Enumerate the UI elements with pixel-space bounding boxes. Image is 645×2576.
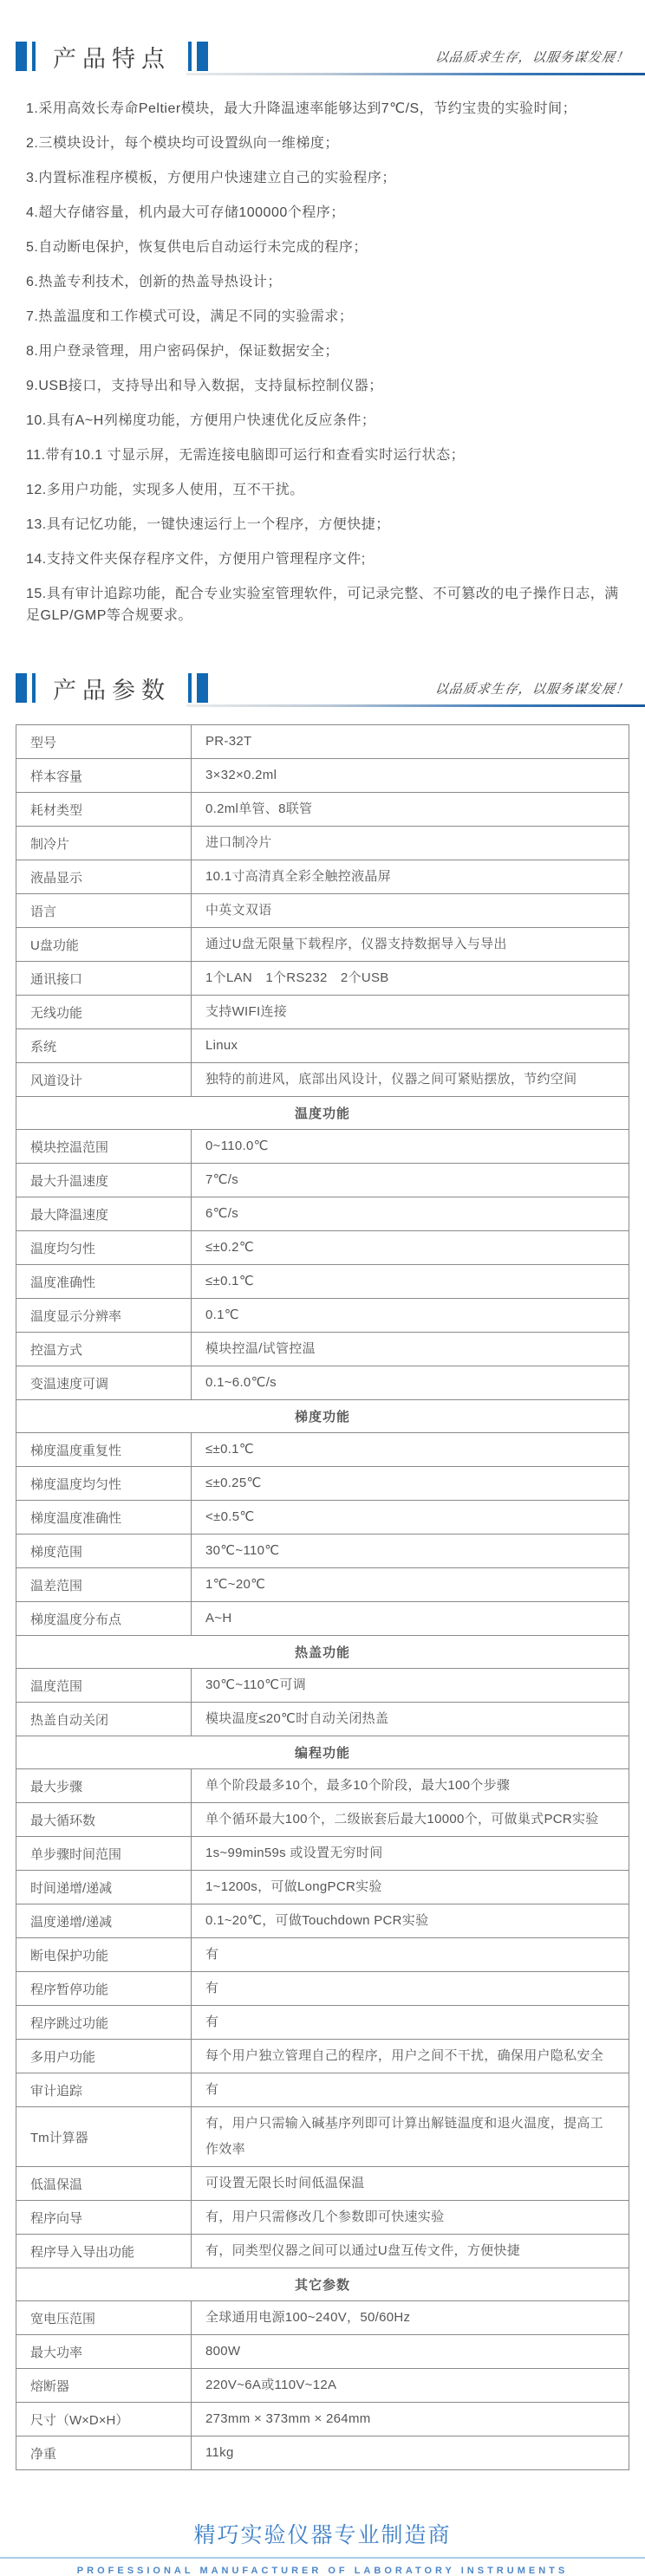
param-row: 语言中英文双语 xyxy=(16,894,629,928)
params-section-title: 产品参数 xyxy=(53,672,171,705)
header-accent-bar-thin-right xyxy=(188,673,192,703)
param-value: 支持WIFI连接 xyxy=(192,996,629,1029)
param-label: 温度范围 xyxy=(16,1669,192,1703)
param-value: PR-32T xyxy=(192,725,629,759)
param-value: 1s~99min59s 或设置无穷时间 xyxy=(192,1837,629,1871)
param-label: 熔断器 xyxy=(16,2369,192,2403)
param-row: 控温方式模块控温/试管控温 xyxy=(16,1333,629,1366)
param-label: 样本容量 xyxy=(16,759,192,793)
param-value: 可设置无限长时间低温保温 xyxy=(192,2167,629,2201)
feature-list: 1.采用高效长寿命Peltier模块，最大升降温速率能够达到7℃/S，节约宝贵的… xyxy=(0,74,645,648)
param-label: 耗材类型 xyxy=(16,793,192,827)
param-row: 最大升温速度7℃/s xyxy=(16,1164,629,1197)
header-accent-bar-thick-left xyxy=(16,673,27,703)
param-label: 程序导入导出功能 xyxy=(16,2235,192,2268)
param-row: 梯度温度分布点A~H xyxy=(16,1602,629,1636)
params-table-body: 型号PR-32T样本容量3×32×0.2ml耗材类型0.2ml单管、8联管制冷片… xyxy=(16,725,629,2470)
param-label: 多用户功能 xyxy=(16,2040,192,2073)
param-row: 型号PR-32T xyxy=(16,725,629,759)
param-value: 有 xyxy=(192,1972,629,2006)
feature-item: 6.热盖专利技术，创新的热盖导热设计； xyxy=(26,271,621,293)
param-row: 温度显示分辨率0.1℃ xyxy=(16,1299,629,1333)
param-value: 单个阶段最多10个，最多10个阶段，最大100个步骤 xyxy=(192,1769,629,1803)
param-row: 最大功率800W xyxy=(16,2335,629,2369)
param-value: ≤±0.1℃ xyxy=(192,1265,629,1299)
features-section-title: 产品特点 xyxy=(53,40,171,74)
param-row: 梯度温度准确性<±0.5℃ xyxy=(16,1501,629,1535)
param-row: 模块控温范围0~110.0℃ xyxy=(16,1130,629,1164)
param-section-title: 梯度功能 xyxy=(16,1400,629,1433)
param-label: Tm计算器 xyxy=(16,2107,192,2167)
param-label: 梯度温度准确性 xyxy=(16,1501,192,1535)
param-label: 时间递增/递减 xyxy=(16,1871,192,1904)
param-label: 温度准确性 xyxy=(16,1265,192,1299)
header-accent-bar-thin-right xyxy=(188,42,192,71)
param-label: 最大功率 xyxy=(16,2335,192,2369)
param-label: 风道设计 xyxy=(16,1063,192,1097)
param-value: 0.2ml单管、8联管 xyxy=(192,793,629,827)
param-section-row: 编程功能 xyxy=(16,1736,629,1769)
param-label: 程序向导 xyxy=(16,2201,192,2235)
param-row: 系统Linux xyxy=(16,1029,629,1063)
feature-item: 10.具有A~H列梯度功能，方便用户快速优化反应条件； xyxy=(26,410,621,431)
param-value: 1~1200s，可做LongPCR实验 xyxy=(192,1871,629,1904)
param-value: 7℃/s xyxy=(192,1164,629,1197)
param-row: 梯度温度重复性≤±0.1℃ xyxy=(16,1433,629,1467)
param-label: 温差范围 xyxy=(16,1568,192,1602)
product-page: { "slogan": "以品质求生存，以服务谋发展！", "colors": … xyxy=(0,39,645,2576)
param-row: 梯度温度均匀性≤±0.25℃ xyxy=(16,1467,629,1501)
param-row: 液晶显示10.1寸高清真全彩全触控液晶屏 xyxy=(16,860,629,894)
param-value: 6℃/s xyxy=(192,1197,629,1231)
param-label: 最大步骤 xyxy=(16,1769,192,1803)
param-value: 有 xyxy=(192,2073,629,2107)
footer-manufacturer-cn: 精巧实验仪器专业制造商 xyxy=(0,2518,645,2549)
param-value: 0.1℃ xyxy=(192,1299,629,1333)
param-label: 梯度温度分布点 xyxy=(16,1602,192,1636)
feature-item: 15.具有审计追踪功能，配合专业实验室管理软件，可记录完整、不可篡改的电子操作日… xyxy=(26,583,621,626)
param-row: 最大步骤单个阶段最多10个，最多10个阶段，最大100个步骤 xyxy=(16,1769,629,1803)
features-section-header: 产品特点 以品质求生存，以服务谋发展！ xyxy=(0,39,645,74)
param-value: 通过U盘无限量下载程序，仪器支持数据导入与导出 xyxy=(192,928,629,962)
param-row: 变温速度可调0.1~6.0℃/s xyxy=(16,1366,629,1400)
param-row: 宽电压范围全球通用电源100~240V，50/60Hz xyxy=(16,2301,629,2335)
params-table: 型号PR-32T样本容量3×32×0.2ml耗材类型0.2ml单管、8联管制冷片… xyxy=(16,724,629,2470)
param-value: 0~110.0℃ xyxy=(192,1130,629,1164)
param-row: 温差范围1℃~20℃ xyxy=(16,1568,629,1602)
param-value: 独特的前进风，底部出风设计，仪器之间可紧贴摆放，节约空间 xyxy=(192,1063,629,1097)
param-value: 220V~6A或110V~12A xyxy=(192,2369,629,2403)
param-row: 时间递增/递减1~1200s，可做LongPCR实验 xyxy=(16,1871,629,1904)
param-value: 30℃~110℃ xyxy=(192,1535,629,1568)
param-row: 无线功能支持WIFI连接 xyxy=(16,996,629,1029)
feature-item: 2.三模块设计，每个模块均可设置纵向一维梯度； xyxy=(26,133,621,154)
company-slogan: 以品质求生存，以服务谋发展！ xyxy=(434,679,631,698)
param-label: 最大降温速度 xyxy=(16,1197,192,1231)
param-row: 热盖自动关闭模块温度≤20℃时自动关闭热盖 xyxy=(16,1703,629,1736)
header-accent-bar-thin-left xyxy=(32,673,36,703)
param-label: 液晶显示 xyxy=(16,860,192,894)
param-value: 有 xyxy=(192,2006,629,2040)
param-label: 控温方式 xyxy=(16,1333,192,1366)
feature-item: 11.带有10.1 寸显示屏，无需连接电脑即可运行和查看实时运行状态； xyxy=(26,444,621,466)
header-accent-bar-thick-right xyxy=(197,42,208,71)
feature-item: 3.内置标准程序模板，方便用户快速建立自己的实验程序； xyxy=(26,167,621,189)
param-value: 0.1~6.0℃/s xyxy=(192,1366,629,1400)
header-underline xyxy=(186,73,645,75)
header-underline xyxy=(186,704,645,707)
feature-item: 7.热盖温度和工作模式可设，满足不同的实验需求； xyxy=(26,306,621,328)
param-label: 模块控温范围 xyxy=(16,1130,192,1164)
param-label: 程序跳过功能 xyxy=(16,2006,192,2040)
param-label: U盘功能 xyxy=(16,928,192,962)
param-label: 最大升温速度 xyxy=(16,1164,192,1197)
param-value: 11kg xyxy=(192,2436,629,2470)
param-label: 无线功能 xyxy=(16,996,192,1029)
param-section-title: 温度功能 xyxy=(16,1097,629,1130)
header-accent-bar-thick-right xyxy=(197,673,208,703)
param-label: 型号 xyxy=(16,725,192,759)
param-row: 程序导入导出功能有，同类型仪器之间可以通过U盘互传文件，方便快捷 xyxy=(16,2235,629,2268)
param-label: 单步骤时间范围 xyxy=(16,1837,192,1871)
param-value: 10.1寸高清真全彩全触控液晶屏 xyxy=(192,860,629,894)
param-label: 温度递增/递减 xyxy=(16,1904,192,1938)
param-value: 模块温度≤20℃时自动关闭热盖 xyxy=(192,1703,629,1736)
header-accent-bar-thick-left xyxy=(16,42,27,71)
param-label: 制冷片 xyxy=(16,827,192,860)
param-section-title: 其它参数 xyxy=(16,2268,629,2301)
param-label: 梯度温度均匀性 xyxy=(16,1467,192,1501)
param-section-row: 热盖功能 xyxy=(16,1636,629,1669)
param-value: 进口制冷片 xyxy=(192,827,629,860)
param-section-title: 编程功能 xyxy=(16,1736,629,1769)
feature-item: 12.多用户功能，实现多人使用，互不干扰。 xyxy=(26,479,621,501)
param-label: 程序暂停功能 xyxy=(16,1972,192,2006)
param-row: 温度准确性≤±0.1℃ xyxy=(16,1265,629,1299)
param-label: 梯度范围 xyxy=(16,1535,192,1568)
param-section-row: 温度功能 xyxy=(16,1097,629,1130)
param-label: 变温速度可调 xyxy=(16,1366,192,1400)
param-label: 审计追踪 xyxy=(16,2073,192,2107)
param-value: 每个用户独立管理自己的程序，用户之间不干扰，确保用户隐私安全 xyxy=(192,2040,629,2073)
feature-item: 5.自动断电保护，恢复供电后自动运行未完成的程序； xyxy=(26,237,621,258)
param-row: 风道设计独特的前进风，底部出风设计，仪器之间可紧贴摆放，节约空间 xyxy=(16,1063,629,1097)
feature-item: 8.用户登录管理，用户密码保护，保证数据安全； xyxy=(26,341,621,362)
param-label: 低温保温 xyxy=(16,2167,192,2201)
param-label: 断电保护功能 xyxy=(16,1938,192,1972)
param-value: 有，用户只需修改几个参数即可快速实验 xyxy=(192,2201,629,2235)
param-row: 审计追踪有 xyxy=(16,2073,629,2107)
param-label: 最大循环数 xyxy=(16,1803,192,1837)
param-label: 温度显示分辨率 xyxy=(16,1299,192,1333)
param-value: 模块控温/试管控温 xyxy=(192,1333,629,1366)
param-row: 断电保护功能有 xyxy=(16,1938,629,1972)
param-label: 通讯接口 xyxy=(16,962,192,996)
feature-item: 9.USB接口，支持导出和导入数据，支持鼠标控制仪器； xyxy=(26,375,621,397)
param-value: 3×32×0.2ml xyxy=(192,759,629,793)
param-value: 800W xyxy=(192,2335,629,2369)
param-row: 程序向导有，用户只需修改几个参数即可快速实验 xyxy=(16,2201,629,2235)
param-value: <±0.5℃ xyxy=(192,1501,629,1535)
param-value: 单个循环最大100个，二级嵌套后最大10000个，可做巢式PCR实验 xyxy=(192,1803,629,1837)
param-label: 净重 xyxy=(16,2436,192,2470)
param-label: 系统 xyxy=(16,1029,192,1063)
feature-item: 1.采用高效长寿命Peltier模块，最大升降温速率能够达到7℃/S，节约宝贵的… xyxy=(26,98,621,120)
param-row: 多用户功能每个用户独立管理自己的程序，用户之间不干扰，确保用户隐私安全 xyxy=(16,2040,629,2073)
param-value: 中英文双语 xyxy=(192,894,629,928)
param-value: 有，同类型仪器之间可以通过U盘互传文件，方便快捷 xyxy=(192,2235,629,2268)
footer-divider-line xyxy=(0,2557,645,2559)
param-section-title: 热盖功能 xyxy=(16,1636,629,1669)
param-section-row: 梯度功能 xyxy=(16,1400,629,1433)
param-label: 梯度温度重复性 xyxy=(16,1433,192,1467)
company-slogan: 以品质求生存，以服务谋发展！ xyxy=(434,48,631,66)
param-value: 有 xyxy=(192,1938,629,1972)
footer-manufacturer-en: PROFESSIONAL MANUFACTURER OF LABORATORY … xyxy=(0,2566,645,2576)
param-row: 单步骤时间范围1s~99min59s 或设置无穷时间 xyxy=(16,1837,629,1871)
params-table-wrap: 型号PR-32T样本容量3×32×0.2ml耗材类型0.2ml单管、8联管制冷片… xyxy=(0,705,645,2470)
param-row: 净重11kg xyxy=(16,2436,629,2470)
param-row: 尺寸（W×D×H）273mm × 373mm × 264mm xyxy=(16,2403,629,2436)
param-row: 最大循环数单个循环最大100个，二级嵌套后最大10000个，可做巢式PCR实验 xyxy=(16,1803,629,1837)
param-value: 273mm × 373mm × 264mm xyxy=(192,2403,629,2436)
param-label: 温度均匀性 xyxy=(16,1231,192,1265)
feature-item: 13.具有记忆功能，一键快速运行上一个程序，方便快捷； xyxy=(26,514,621,535)
param-value: 30℃~110℃可调 xyxy=(192,1669,629,1703)
param-row: 耗材类型0.2ml单管、8联管 xyxy=(16,793,629,827)
param-label: 热盖自动关闭 xyxy=(16,1703,192,1736)
feature-item: 4.超大存储容量，机内最大可存储100000个程序； xyxy=(26,202,621,224)
param-row: 温度递增/递减0.1~20℃，可做Touchdown PCR实验 xyxy=(16,1904,629,1938)
param-value: ≤±0.2℃ xyxy=(192,1231,629,1265)
param-row: 温度范围30℃~110℃可调 xyxy=(16,1669,629,1703)
param-row: 程序跳过功能有 xyxy=(16,2006,629,2040)
param-value: A~H xyxy=(192,1602,629,1636)
param-row: U盘功能通过U盘无限量下载程序，仪器支持数据导入与导出 xyxy=(16,928,629,962)
param-label: 宽电压范围 xyxy=(16,2301,192,2335)
header-accent-bar-thin-left xyxy=(32,42,36,71)
param-row: 最大降温速度6℃/s xyxy=(16,1197,629,1231)
param-row: 低温保温可设置无限长时间低温保温 xyxy=(16,2167,629,2201)
param-row: Tm计算器有，用户只需输入碱基序列即可计算出解链温度和退火温度，提高工作效率 xyxy=(16,2107,629,2167)
params-section-header: 产品参数 以品质求生存，以服务谋发展！ xyxy=(0,671,645,705)
feature-item: 14.支持文件夹保存程序文件，方便用户管理程序文件; xyxy=(26,548,621,570)
param-value: 1个LAN 1个RS232 2个USB xyxy=(192,962,629,996)
param-label: 语言 xyxy=(16,894,192,928)
param-value: 1℃~20℃ xyxy=(192,1568,629,1602)
param-value: Linux xyxy=(192,1029,629,1063)
param-row: 通讯接口1个LAN 1个RS232 2个USB xyxy=(16,962,629,996)
param-value: 0.1~20℃，可做Touchdown PCR实验 xyxy=(192,1904,629,1938)
page-footer: 精巧实验仪器专业制造商 PROFESSIONAL MANUFACTURER OF… xyxy=(0,2518,645,2576)
param-label: 尺寸（W×D×H） xyxy=(16,2403,192,2436)
param-value: ≤±0.1℃ xyxy=(192,1433,629,1467)
param-row: 温度均匀性≤±0.2℃ xyxy=(16,1231,629,1265)
param-value: 有，用户只需输入碱基序列即可计算出解链温度和退火温度，提高工作效率 xyxy=(192,2107,629,2167)
param-row: 制冷片进口制冷片 xyxy=(16,827,629,860)
param-value: ≤±0.25℃ xyxy=(192,1467,629,1501)
param-row: 熔断器220V~6A或110V~12A xyxy=(16,2369,629,2403)
param-section-row: 其它参数 xyxy=(16,2268,629,2301)
param-value: 全球通用电源100~240V，50/60Hz xyxy=(192,2301,629,2335)
param-row: 梯度范围30℃~110℃ xyxy=(16,1535,629,1568)
param-row: 样本容量3×32×0.2ml xyxy=(16,759,629,793)
param-row: 程序暂停功能有 xyxy=(16,1972,629,2006)
